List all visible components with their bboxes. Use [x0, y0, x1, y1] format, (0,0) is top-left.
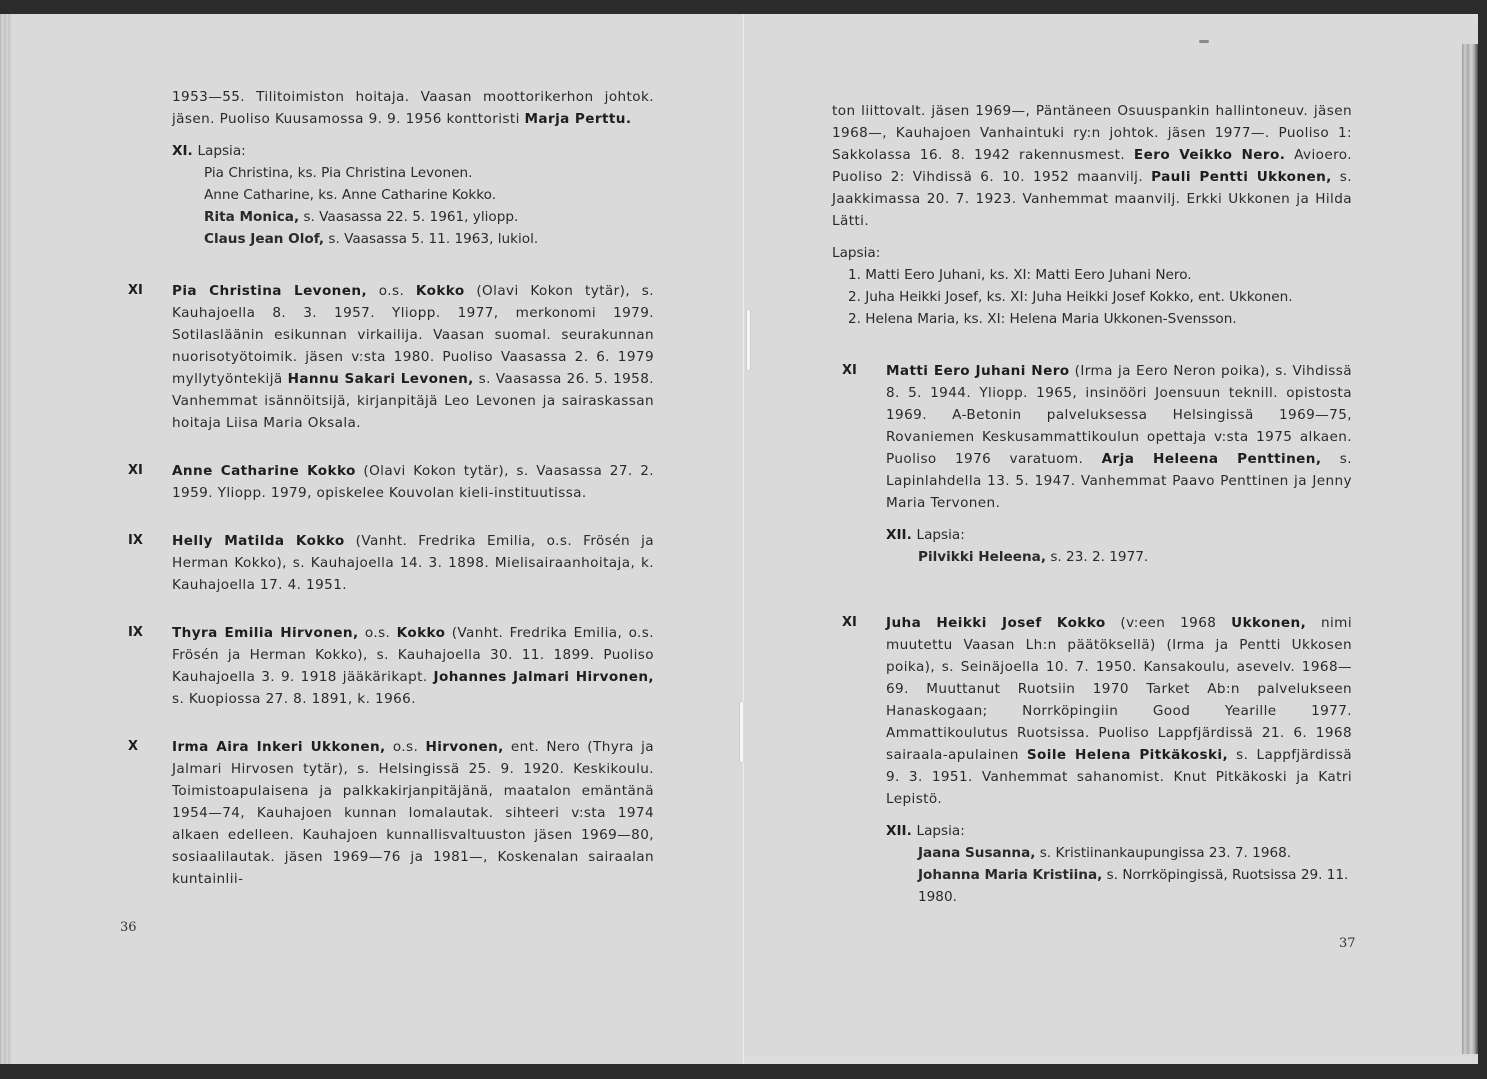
children-list: XI. Lapsia:Pia Christina, ks. Pia Christ… — [172, 140, 654, 250]
entry-text: Matti Eero Juhani Nero (Irma ja Eero Ner… — [886, 360, 1352, 514]
generation-number: X — [128, 736, 138, 758]
genealogy-entry: IXHelly Matilda Kokko (Vanht. Fredrika E… — [118, 530, 654, 596]
bold-name: Soile Helena Pitkäkoski, — [1027, 747, 1228, 763]
generation-number: XI — [128, 460, 143, 482]
children-heading: Lapsia: — [832, 242, 1352, 264]
child-item: Rita Monica, s. Vaasassa 22. 5. 1961, yl… — [172, 206, 654, 228]
staple-bottom — [740, 702, 743, 762]
children-heading: XII. Lapsia: — [886, 820, 1352, 842]
bold-name: Claus Jean Olof, — [204, 231, 324, 247]
bold-name: Jaana Susanna, — [918, 845, 1035, 861]
children-generation: XII. — [886, 527, 917, 543]
bold-name: Thyra Emilia Hirvonen, — [172, 625, 359, 641]
bold-name: Kokko — [416, 283, 465, 299]
entry-text: Thyra Emilia Hirvonen, o.s. Kokko (Vanht… — [172, 622, 654, 710]
genealogy-entry: IXThyra Emilia Hirvonen, o.s. Kokko (Van… — [118, 622, 654, 710]
children-list: XII. Lapsia:Jaana Susanna, s. Kristiinan… — [886, 820, 1352, 908]
bold-name: Marja Perttu. — [525, 111, 632, 127]
bold-name: Hannu Sakari Levonen, — [288, 371, 474, 387]
bold-name: Helly Matilda Kokko — [172, 533, 345, 549]
page-edges-right — [1462, 44, 1478, 1054]
child-item: Claus Jean Olof, s. Vaasassa 5. 11. 1963… — [172, 228, 654, 250]
entry-text: Helly Matilda Kokko (Vanht. Fredrika Emi… — [172, 530, 654, 596]
genealogy-entry: XIAnne Catharine Kokko (Olavi Kokon tytä… — [118, 460, 654, 504]
bold-name: Rita Monica, — [204, 209, 299, 225]
genealogy-entry: XIMatti Eero Juhani Nero (Irma ja Eero N… — [832, 360, 1352, 568]
right-text-column: ton liittovalt. jäsen 1969—, Päntäneen O… — [832, 100, 1352, 934]
page-number-right: 37 — [1339, 936, 1356, 951]
child-item: Pilvikki Heleena, s. 23. 2. 1977. — [886, 546, 1352, 568]
generation-number: XI — [842, 612, 857, 634]
staple-top — [747, 310, 750, 370]
child-item: Anne Catharine, ks. Anne Catharine Kokko… — [172, 184, 654, 206]
bold-name: Irma Aira Inkeri Ukkonen, — [172, 739, 386, 755]
generation-number: XI — [128, 280, 143, 302]
entry-text: Juha Heikki Josef Kokko (v:een 1968 Ukko… — [886, 612, 1352, 810]
continued-entry: 1953—55. Tilitoimiston hoitaja. Vaasan m… — [118, 86, 654, 250]
generation-number: IX — [128, 622, 143, 644]
generation-number: XI — [842, 360, 857, 382]
child-item: Pia Christina, ks. Pia Christina Levonen… — [172, 162, 654, 184]
page-edges-left — [0, 14, 20, 1064]
children-list: XII. Lapsia:Pilvikki Heleena, s. 23. 2. … — [886, 524, 1352, 568]
entry-text: Anne Catharine Kokko (Olavi Kokon tytär)… — [172, 460, 654, 504]
bold-name: Eero Veikko Nero. — [1134, 147, 1285, 163]
bold-name: Anne Catharine Kokko — [172, 463, 356, 479]
entry-text: ton liittovalt. jäsen 1969—, Päntäneen O… — [832, 100, 1352, 232]
child-item: Jaana Susanna, s. Kristiinankaupungissa … — [886, 842, 1352, 864]
entry-text: 1953—55. Tilitoimiston hoitaja. Vaasan m… — [172, 86, 654, 130]
bold-name: Kokko — [397, 625, 446, 641]
bold-name: Matti Eero Juhani Nero — [886, 363, 1070, 379]
bold-name: Pauli Pentti Ukkonen, — [1151, 169, 1332, 185]
bold-name: Pilvikki Heleena, — [918, 549, 1046, 565]
children-generation: XI. — [172, 143, 197, 159]
children-list: Lapsia:1. Matti Eero Juhani, ks. XI: Mat… — [832, 242, 1352, 330]
child-item: 1. Matti Eero Juhani, ks. XI: Matti Eero… — [832, 264, 1352, 286]
entry-text: Irma Aira Inkeri Ukkonen, o.s. Hirvonen,… — [172, 736, 654, 890]
children-generation: XII. — [886, 823, 917, 839]
bold-name: Hirvonen, — [425, 739, 503, 755]
bold-name: Arja Heleena Penttinen, — [1102, 451, 1322, 467]
genealogy-entry: XIPia Christina Levonen, o.s. Kokko (Ola… — [118, 280, 654, 434]
children-heading: XII. Lapsia: — [886, 524, 1352, 546]
continued-entry: ton liittovalt. jäsen 1969—, Päntäneen O… — [832, 100, 1352, 330]
children-heading: XI. Lapsia: — [172, 140, 654, 162]
bold-name: Johannes Jalmari Hirvonen, — [434, 669, 654, 685]
page-number-left: 36 — [120, 920, 137, 935]
bold-name: Ukkonen, — [1231, 615, 1306, 631]
print-smudge — [1199, 40, 1209, 43]
page-right: ton liittovalt. jäsen 1969—, Päntäneen O… — [744, 16, 1478, 1056]
child-item: 2. Helena Maria, ks. XI: Helena Maria Uk… — [832, 308, 1352, 330]
genealogy-entry: XIJuha Heikki Josef Kokko (v:een 1968 Uk… — [832, 612, 1352, 908]
genealogy-entry: XIrma Aira Inkeri Ukkonen, o.s. Hirvonen… — [118, 736, 654, 890]
entry-text: Pia Christina Levonen, o.s. Kokko (Olavi… — [172, 280, 654, 434]
open-book: 1953—55. Tilitoimiston hoitaja. Vaasan m… — [0, 14, 1478, 1064]
left-text-column: 1953—55. Tilitoimiston hoitaja. Vaasan m… — [118, 86, 654, 916]
bold-name: Juha Heikki Josef Kokko — [886, 615, 1106, 631]
bold-name: Pia Christina Levonen, — [172, 283, 367, 299]
generation-number: IX — [128, 530, 143, 552]
child-item: 2. Juha Heikki Josef, ks. XI: Juha Heikk… — [832, 286, 1352, 308]
child-item: Johanna Maria Kristiina, s. Norrköpingis… — [886, 864, 1352, 908]
book-gutter — [742, 14, 745, 1064]
bold-name: Johanna Maria Kristiina, — [918, 867, 1102, 883]
page-left: 1953—55. Tilitoimiston hoitaja. Vaasan m… — [0, 14, 744, 1064]
